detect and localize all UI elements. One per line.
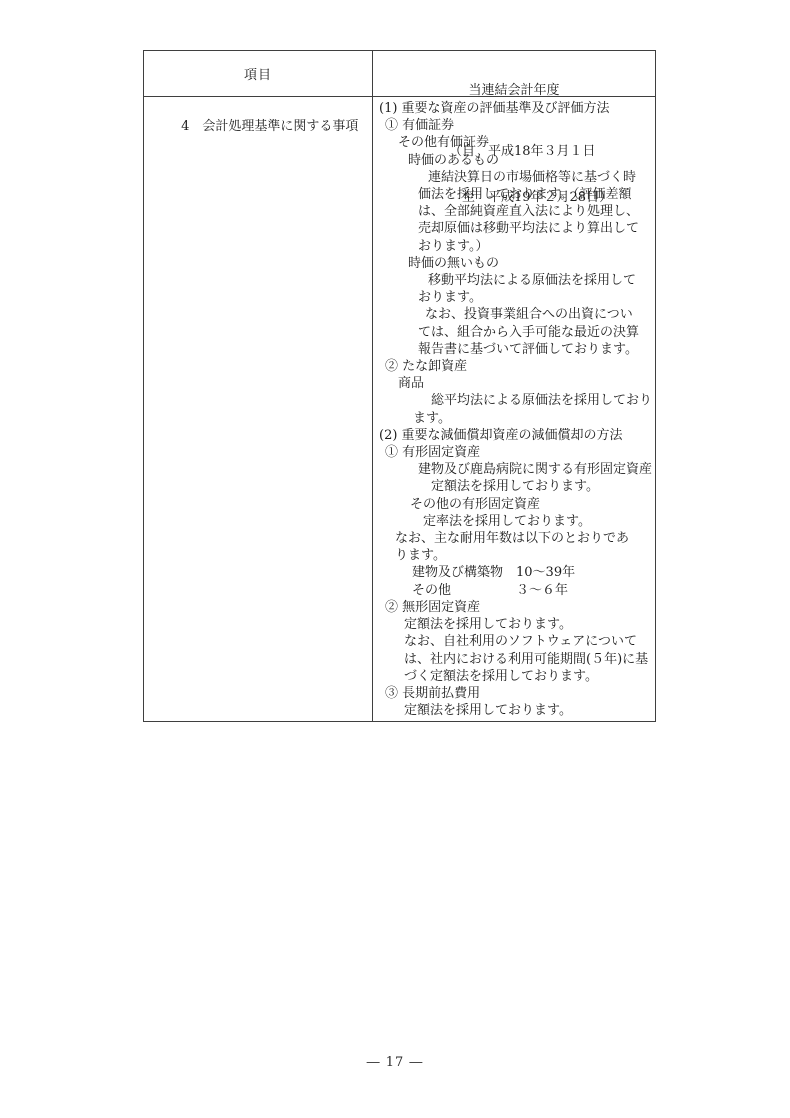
policy-line: ② 無形固定資産: [379, 599, 655, 616]
table-body-row: 4 会計処理基準に関する事項 (1) 重要な資産の評価基準及び評価方法① 有価証…: [144, 97, 655, 721]
policy-line: ③ 長期前払費用: [379, 685, 655, 702]
policy-line: は、全部純資産直入法により処理し、: [379, 203, 655, 220]
policy-line: ます。: [379, 410, 655, 427]
policy-line: その他の有形固定資産: [379, 496, 655, 513]
policy-line: (2) 重要な減価償却資産の減価償却の方法: [379, 427, 655, 444]
table-header-row: 項目 当連結会計年度 （自 平成18年３月１日 至 平成19年２月28日）: [144, 51, 655, 97]
policy-line: おります。）: [379, 238, 655, 255]
policy-line: 時価の無いもの: [379, 255, 655, 272]
header-item-column: 項目: [144, 51, 373, 96]
policy-line: 商品: [379, 375, 655, 392]
policy-line: 連結決算日の市場価格等に基づく時: [379, 169, 655, 186]
policy-line: なお、投資事業組合への出資につい: [379, 306, 655, 323]
policy-line: づく定額法を採用しております。: [379, 668, 655, 685]
policy-line: 価法を採用しております。（評価差額: [379, 186, 655, 203]
policy-line: その他有価証券: [379, 134, 655, 151]
policy-line: ① 有形固定資産: [379, 444, 655, 461]
page-number: ― 17 ―: [0, 1055, 790, 1070]
policy-line: 定額法を採用しております。: [379, 616, 655, 633]
policy-line: 時価のあるもの: [379, 152, 655, 169]
policy-line: なお、主な耐用年数は以下のとおりであ: [379, 530, 655, 547]
policy-line: なお、自社利用のソフトウェアについて: [379, 633, 655, 650]
policy-line: その他 ３～６年: [379, 582, 655, 599]
policy-line: は、社内における利用可能期間(５年)に基: [379, 651, 655, 668]
policy-line: 建物及び鹿島病院に関する有形固定資産: [379, 461, 655, 478]
policy-line: 移動平均法による原価法を採用して: [379, 272, 655, 289]
item-cell: 4 会計処理基準に関する事項: [144, 97, 373, 721]
accounting-policies-cell: (1) 重要な資産の評価基準及び評価方法① 有価証券その他有価証券時価のあるもの…: [373, 97, 655, 721]
accounting-policy-table: 項目 当連結会計年度 （自 平成18年３月１日 至 平成19年２月28日） 4 …: [143, 50, 656, 722]
policy-line: ② たな卸資産: [379, 358, 655, 375]
item-column-label: 項目: [244, 64, 272, 83]
document-page: 項目 当連結会計年度 （自 平成18年３月１日 至 平成19年２月28日） 4 …: [0, 0, 790, 1118]
header-period-column: 当連結会計年度 （自 平成18年３月１日 至 平成19年２月28日）: [373, 51, 655, 96]
policy-line: 売却原価は移動平均法により算出して: [379, 220, 655, 237]
policy-line: 定額法を採用しております。: [379, 702, 655, 719]
policy-line: (1) 重要な資産の評価基準及び評価方法: [379, 100, 655, 117]
policy-line: おります。: [379, 289, 655, 306]
policy-line: ては、組合から入手可能な最近の決算: [379, 324, 655, 341]
policy-line: 報告書に基づいて評価しております。: [379, 341, 655, 358]
policy-line: 総平均法による原価法を採用しており: [379, 392, 655, 409]
item-label: 4 会計処理基準に関する事項: [181, 119, 358, 134]
policy-line: 定率法を採用しております。: [379, 513, 655, 530]
policy-line: ります。: [379, 547, 655, 564]
policy-line: ① 有価証券: [379, 117, 655, 134]
policy-line: 定額法を採用しております。: [379, 478, 655, 495]
policy-line: 建物及び構築物 10～39年: [379, 564, 655, 581]
